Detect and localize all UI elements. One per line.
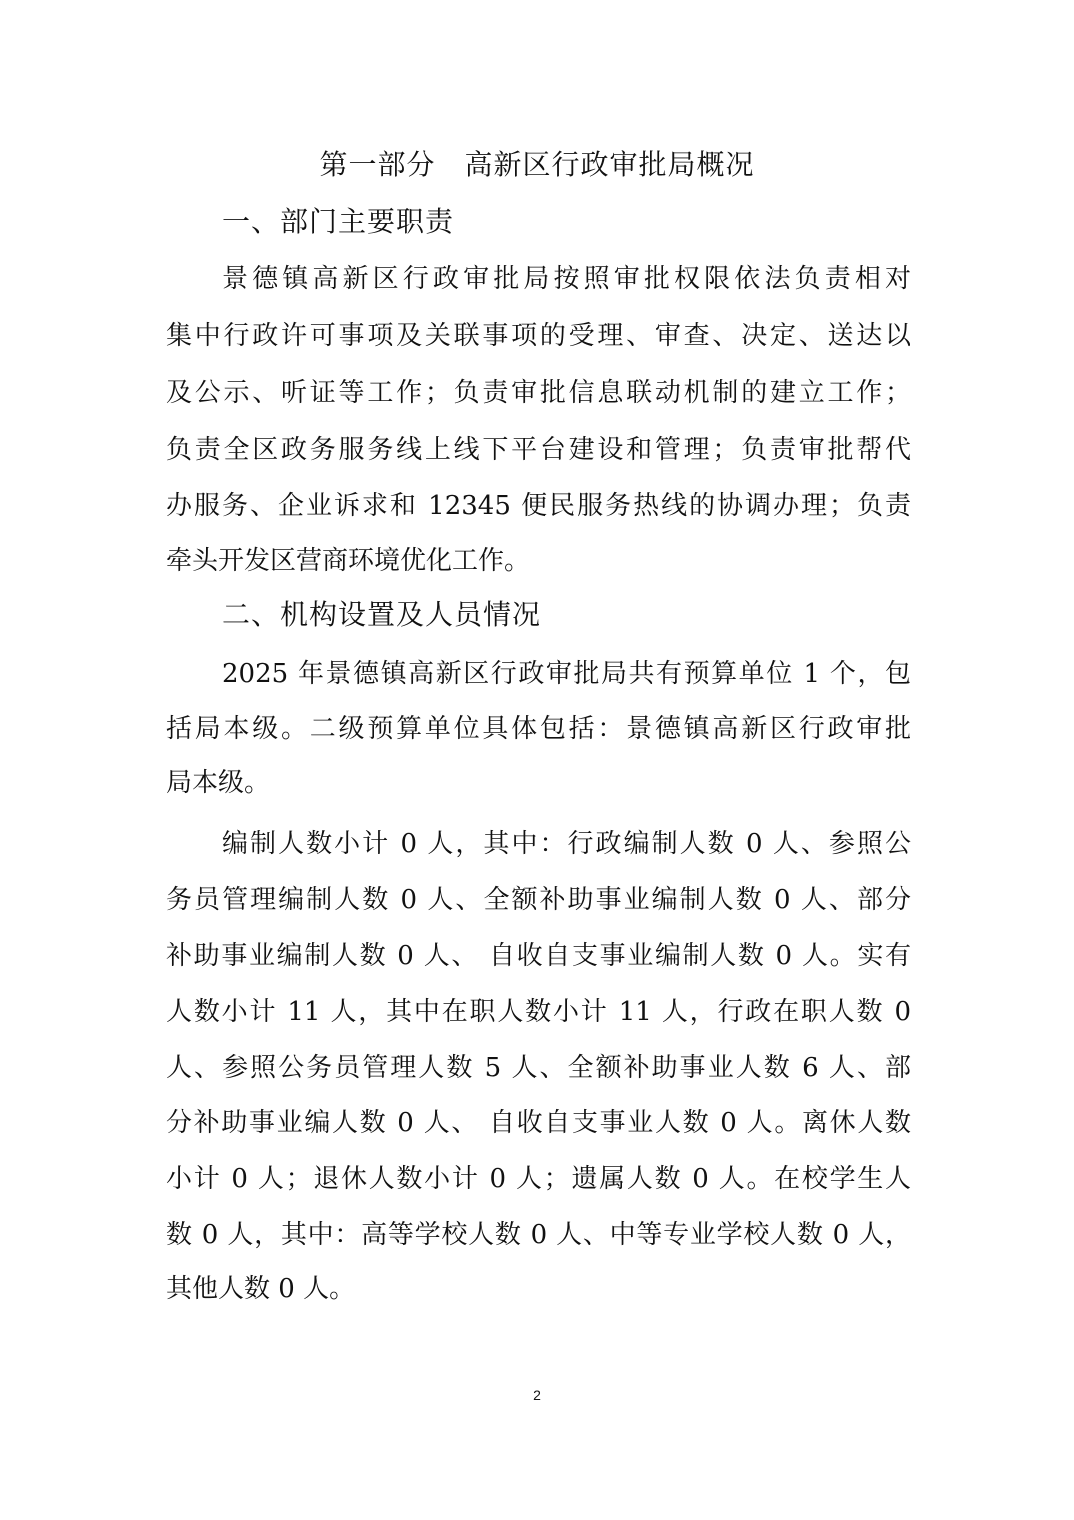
text-line: 2025 年景德镇高新区行政审批局共有预算单位 1 个，包 [222,653,911,690]
text-line: 小计 0 人；退休人数小计 0 人；遗属人数 0 人。在校学生人 [166,1158,911,1195]
text-line: 括局本级。二级预算单位具体包括：景德镇高新区行政审批 [166,708,911,745]
section-heading-duties: 一、部门主要职责 [222,200,454,240]
page-title: 第一部分 高新区行政审批局概况 [0,143,1074,183]
text-line: 其他人数 0 人。 [166,1268,911,1305]
text-line: 编制人数小计 0 人，其中：行政编制人数 0 人、参照公 [222,823,911,860]
text-line: 补助事业编制人数 0 人、 自收自支事业编制人数 0 人。实有 [166,935,911,972]
text-line: 数 0 人，其中：高等学校人数 0 人、中等专业学校人数 0 人， [166,1214,911,1251]
section-heading-organization: 二、机构设置及人员情况 [222,593,541,633]
text-line: 局本级。 [166,762,911,799]
text-line: 负责全区政务服务线上线下平台建设和管理；负责审批帮代 [166,429,911,466]
text-line: 集中行政许可事项及关联事项的受理、审查、决定、送达以 [166,315,911,352]
text-line: 景德镇高新区行政审批局按照审批权限依法负责相对 [222,258,911,295]
text-line: 分补助事业编人数 0 人、 自收自支事业人数 0 人。离休人数 [166,1102,911,1139]
text-line: 办服务、企业诉求和 12345 便民服务热线的协调办理；负责 [166,485,911,522]
page-number: 2 [0,1387,1074,1403]
text-line: 牵头开发区营商环境优化工作。 [166,540,911,577]
text-line: 务员管理编制人数 0 人、全额补助事业编制人数 0 人、部分 [166,879,911,916]
text-line: 人、参照公务员管理人数 5 人、全额补助事业人数 6 人、部 [166,1047,911,1084]
text-line: 及公示、听证等工作；负责审批信息联动机制的建立工作； [166,372,911,409]
text-line: 人数小计 11 人，其中在职人数小计 11 人，行政在职人数 0 [166,991,911,1028]
